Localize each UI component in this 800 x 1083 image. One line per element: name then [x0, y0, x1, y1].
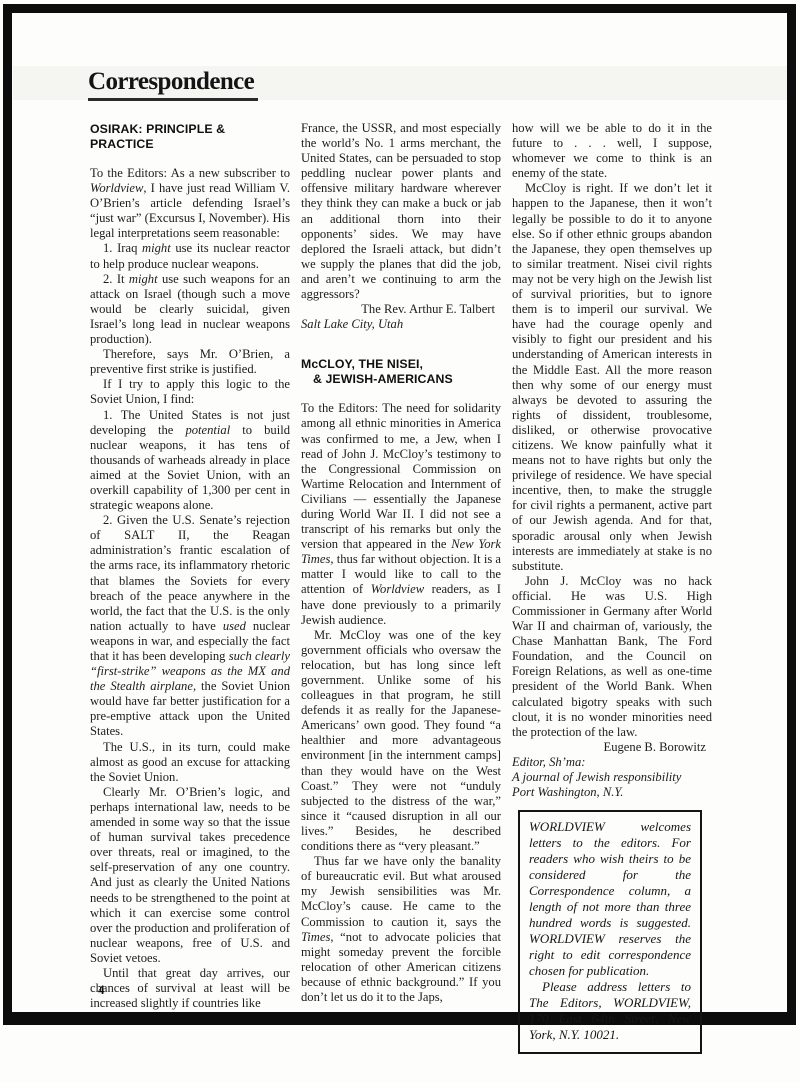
italic-text: might	[129, 272, 158, 286]
body-paragraph: John J. McCloy was no hack official. He …	[512, 574, 712, 740]
body-paragraph: 1. Iraq might use its nuclear reactor to…	[90, 241, 290, 271]
body-paragraph: To the Editors: As a new subscriber to W…	[90, 166, 290, 241]
italic-text: WORLDVIEW welcomes letters to the editor…	[529, 819, 691, 978]
body-paragraph: France, the USSR, and most especially th…	[301, 121, 501, 302]
italic-text: Worldview	[90, 181, 143, 195]
column-1: OSIRAK: PRINCIPLE & PRACTICETo the Edito…	[90, 121, 290, 1054]
notice-box: WORLDVIEW welcomes letters to the editor…	[518, 810, 702, 1054]
notice-paragraph: Please address letters to The Editors, W…	[529, 979, 691, 1043]
attribution-line: A journal of Jewish responsibility	[512, 770, 712, 785]
text-run: 1. Iraq	[103, 241, 142, 255]
signature: Eugene B. Borowitz	[512, 740, 712, 755]
body-paragraph: The U.S., in its turn, could make almost…	[90, 740, 290, 785]
text-run: 2. It	[103, 272, 129, 286]
column-2: France, the USSR, and most especially th…	[301, 121, 501, 1054]
italic-text: might	[142, 241, 171, 255]
text-run: The U.S., in its turn, could make almost…	[90, 740, 290, 784]
text-run: Mr. McCloy was one of the key government…	[301, 628, 501, 853]
letter-heading: McCLOY, THE NISEI,& JEWISH-AMERICANS	[301, 357, 501, 386]
letter-heading-line: OSIRAK: PRINCIPLE & PRACTICE	[90, 122, 290, 151]
body-paragraph: Therefore, says Mr. O’Brien, a preventiv…	[90, 347, 290, 377]
body-paragraph: how will we be able to do it in the futu…	[512, 121, 712, 181]
text-run: To the Editors: As a new subscriber to	[90, 166, 290, 180]
body-paragraph: McCloy is right. If we don’t let it happ…	[512, 181, 712, 573]
body-paragraph: Until that great day arrives, our chance…	[90, 966, 290, 1011]
text-run: Therefore, says Mr. O’Brien, a preventiv…	[90, 347, 290, 376]
italic-text: used	[223, 619, 246, 633]
italic-text: potential	[185, 423, 230, 437]
text-run: how will we be able to do it in the futu…	[512, 121, 712, 180]
page-title: Correspondence	[88, 68, 258, 101]
body-paragraph: Mr. McCloy was one of the key government…	[301, 628, 501, 854]
notice-paragraph: WORLDVIEW welcomes letters to the editor…	[529, 819, 691, 979]
text-run: Until that great day arrives, our chance…	[90, 966, 290, 1010]
text-run: , “not to advocate policies that might s…	[301, 930, 501, 1004]
text-run: McCloy is right. If we don’t let it happ…	[512, 181, 712, 572]
column-3: how will we be able to do it in the futu…	[512, 121, 712, 1054]
attribution-line: Editor, Sh’ma:	[512, 755, 712, 770]
text-run: France, the USSR, and most especially th…	[301, 121, 501, 301]
attribution-line: Port Washington, N.Y.	[512, 785, 712, 800]
body-paragraph: Thus far we have only the banality of bu…	[301, 854, 501, 1005]
letter-heading-line: & JEWISH-AMERICANS	[301, 372, 501, 387]
page-number: 4	[98, 982, 105, 998]
letter-heading-line: McCLOY, THE NISEI,	[301, 357, 501, 372]
magazine-page: Correspondence OSIRAK: PRINCIPLE & PRACT…	[0, 0, 800, 1083]
text-run: Clearly Mr. O’Brien’s logic, and perhaps…	[90, 785, 290, 965]
text-run: Thus far we have only the banality of bu…	[301, 854, 501, 928]
signature: The Rev. Arthur E. Talbert	[301, 302, 501, 317]
body-paragraph: 2. It might use such weapons for an atta…	[90, 272, 290, 347]
italic-text: Please address letters to The Editors, W…	[529, 979, 691, 1042]
italic-text: Worldview	[371, 582, 424, 596]
attribution: Editor, Sh’ma:A journal of Jewish respon…	[512, 755, 712, 800]
body-paragraph: 1. The United States is not just develop…	[90, 408, 290, 514]
body-paragraph: Clearly Mr. O’Brien’s logic, and perhaps…	[90, 785, 290, 966]
body-paragraph: If I try to apply this logic to the Sovi…	[90, 377, 290, 407]
text-run: John J. McCloy was no hack official. He …	[512, 574, 712, 739]
text-run: If I try to apply this logic to the Sovi…	[90, 377, 290, 406]
body-paragraph: 2. Given the U.S. Senate’s rejection of …	[90, 513, 290, 739]
text-run: 2. Given the U.S. Senate’s rejection of …	[90, 513, 290, 633]
attribution: Salt Lake City, Utah	[301, 317, 501, 332]
text-columns: OSIRAK: PRINCIPLE & PRACTICETo the Edito…	[90, 121, 712, 1054]
italic-text: Times	[301, 930, 330, 944]
text-run: To the Editors: The need for solidarity …	[301, 401, 501, 551]
letter-heading: OSIRAK: PRINCIPLE & PRACTICE	[90, 122, 290, 151]
attribution-line: Salt Lake City, Utah	[301, 317, 501, 332]
body-paragraph: To the Editors: The need for solidarity …	[301, 401, 501, 627]
